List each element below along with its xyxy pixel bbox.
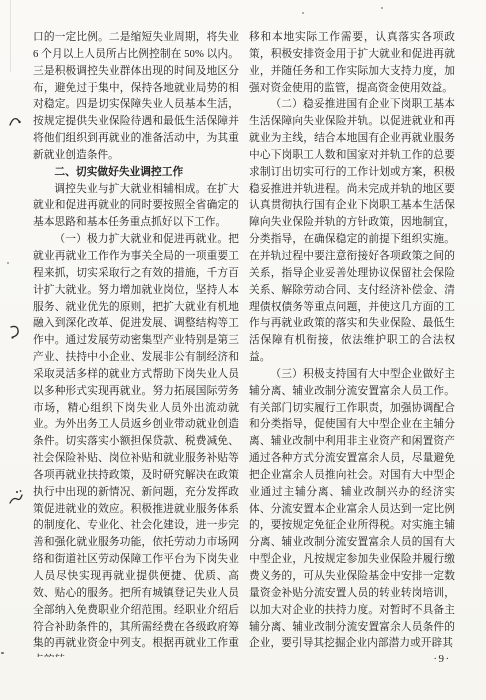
paragraph: 调控失业与扩大就业相辅相成。在扩大就业和促进再就业的同时要按照全省确定的基本思路… bbox=[33, 181, 239, 232]
section-heading: 二、切实做好失业调控工作 bbox=[33, 164, 239, 181]
right-text-column: 移和本地实际工作需要，认真落实各项政策，积极安排资金用于扩大就业和促进再就业，并… bbox=[249, 29, 455, 657]
paragraph: （三）积极支持国有大中型企业做好主辅分离、辅业改制分流安置富余人员工作。有关部门… bbox=[249, 366, 455, 652]
ink-mark bbox=[9, 113, 23, 129]
paragraph-continuation: 移和本地实际工作需要，认真落实各项政策，积极安排资金用于扩大就业和促进再就业，并… bbox=[249, 29, 455, 96]
scan-speck bbox=[7, 262, 9, 264]
scan-speck bbox=[302, 12, 304, 14]
paragraph-continuation: 口的一定比例。二是缩短失业周期，将失业6 个月以上人员所占比例控制在 50% 以… bbox=[33, 29, 239, 164]
scan-speck bbox=[381, 7, 383, 9]
scan-edge-line bbox=[10, 0, 11, 72]
ink-mark bbox=[9, 324, 24, 342]
page-number: ·9· bbox=[425, 653, 459, 665]
paragraph: （一）极力扩大就业和促进再就业。把就业再就业工作作为事关全局的一项重要工程来抓，… bbox=[33, 231, 239, 657]
paragraph: （二）稳妥推进国有企业下岗职工基本生活保障向失业保险并轨。以促进就业和再就业为主… bbox=[249, 96, 455, 366]
left-text-column: 口的一定比例。二是缩短失业周期，将失业6 个月以上人员所占比例控制在 50% 以… bbox=[33, 29, 239, 657]
ink-mark bbox=[8, 489, 24, 507]
scan-speck bbox=[410, 604, 412, 606]
scan-speck bbox=[1, 652, 4, 654]
scanned-document-page: 口的一定比例。二是缩短失业周期，将失业6 个月以上人员所占比例控制在 50% 以… bbox=[0, 0, 486, 700]
